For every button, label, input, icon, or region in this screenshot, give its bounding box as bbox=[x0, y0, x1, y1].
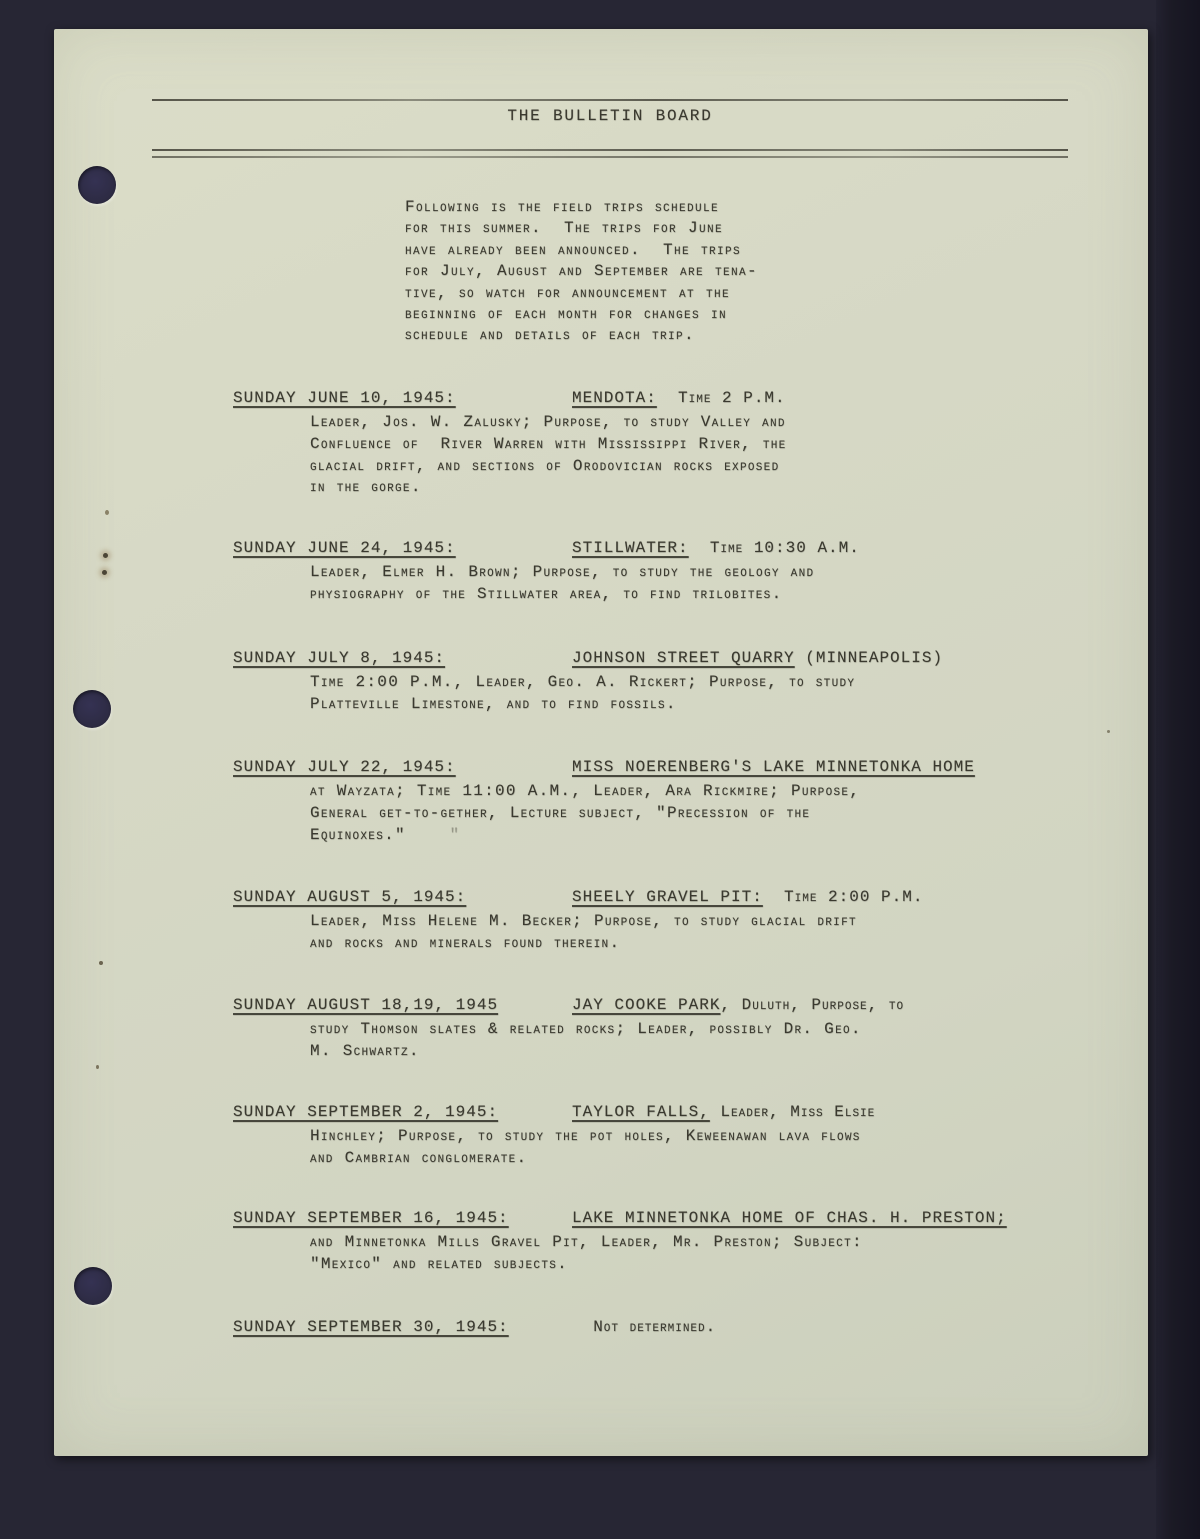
header-rule-top bbox=[152, 99, 1068, 101]
entry-body: Hinchley; Purpose, to study the pot hole… bbox=[310, 1126, 1118, 1170]
entry-location-after: , Duluth, Purpose, to bbox=[720, 996, 904, 1014]
entry-body-line: at Wayzata; Time 11:00 A.M., Leader, Ara… bbox=[310, 781, 1118, 803]
entry-location-after: (MINNEAPOLIS) bbox=[795, 649, 943, 667]
entry-date: SUNDAY SEPTEMBER 16, 1945: bbox=[233, 1209, 509, 1227]
entry-body-line: "Mexico" and related subjects. bbox=[310, 1254, 1118, 1276]
entry-body-line: Hinchley; Purpose, to study the pot hole… bbox=[310, 1126, 1118, 1148]
entry-location: JOHNSON STREET QUARRY bbox=[572, 649, 795, 667]
entry-body-line: and rocks and minerals found therein. bbox=[310, 933, 1118, 955]
entry-body: Leader, Miss Helene M. Becker; Purpose, … bbox=[310, 911, 1118, 955]
entry-location-after: Time 2 P.M. bbox=[657, 389, 786, 407]
entry-heading: SUNDAY AUGUST 5, 1945:SHEELY GRAVEL PIT:… bbox=[233, 886, 1118, 908]
entry-body-line: and Minnetonka Mills Gravel Pit, Leader,… bbox=[310, 1232, 1118, 1254]
entry-heading: SUNDAY SEPTEMBER 30, 1945: Not determine… bbox=[233, 1316, 1118, 1338]
entry-location-block: SHEELY GRAVEL PIT: Time 2:00 P.M. bbox=[572, 886, 923, 908]
entry-body-line: General get-to-gether, Lecture subject, … bbox=[310, 803, 1118, 825]
paper-speck bbox=[105, 510, 109, 515]
entry-heading: SUNDAY JUNE 24, 1945:STILLWATER: Time 10… bbox=[233, 537, 1118, 559]
entry-body-line: glacial drift, and sections of Orodovici… bbox=[310, 456, 1118, 478]
entry-body-line: in the gorge. bbox=[310, 477, 1118, 499]
page-title: THE BULLETIN BOARD bbox=[152, 107, 1068, 125]
entry-date: SUNDAY JULY 22, 1945: bbox=[233, 758, 456, 776]
paper-speck bbox=[99, 961, 103, 965]
entry-date: SUNDAY JUNE 10, 1945: bbox=[233, 389, 456, 407]
entry: SUNDAY AUGUST 5, 1945:SHEELY GRAVEL PIT:… bbox=[233, 886, 1118, 955]
entry-body-line: Equinoxes." " bbox=[310, 825, 1118, 847]
entry-location-block: MENDOTA: Time 2 P.M. bbox=[572, 387, 786, 409]
entry-heading: SUNDAY JULY 22, 1945:MISS NOERENBERG'S L… bbox=[233, 756, 1118, 778]
paper: THE BULLETIN BOARD Following is the fiel… bbox=[54, 29, 1148, 1456]
entry-location: TAYLOR FALLS, bbox=[572, 1103, 710, 1121]
entry: SUNDAY AUGUST 18,19, 1945JAY COOKE PARK,… bbox=[233, 994, 1118, 1063]
entry-date: SUNDAY SEPTEMBER 2, 1945: bbox=[233, 1103, 498, 1121]
entry-body-line: study Thomson slates & related rocks; Le… bbox=[310, 1019, 1118, 1041]
entry-body-line: physiography of the Stillwater area, to … bbox=[310, 584, 1118, 606]
entry-heading: SUNDAY SEPTEMBER 16, 1945:LAKE MINNETONK… bbox=[233, 1207, 1118, 1229]
entry-body-line: Leader, Jos. W. Zalusky; Purpose, to stu… bbox=[310, 412, 1118, 434]
punch-hole-top bbox=[78, 166, 116, 204]
paper-speck bbox=[102, 570, 107, 575]
scan-shadow-strip bbox=[1156, 0, 1200, 1539]
intro-line: for this summer. The trips for June bbox=[405, 218, 758, 239]
intro-paragraph: Following is the field trips schedulefor… bbox=[405, 197, 758, 347]
entry-location-block: STILLWATER: Time 10:30 A.M. bbox=[572, 537, 860, 559]
entry: SUNDAY SEPTEMBER 2, 1945:TAYLOR FALLS, L… bbox=[233, 1101, 1118, 1170]
entry-heading: SUNDAY JULY 8, 1945:JOHNSON STREET QUARR… bbox=[233, 647, 1118, 669]
intro-line: tive, so watch for announcement at the bbox=[405, 283, 758, 304]
entry: SUNDAY JUNE 10, 1945:MENDOTA: Time 2 P.M… bbox=[233, 387, 1118, 499]
entry: SUNDAY SEPTEMBER 30, 1945: Not determine… bbox=[233, 1316, 1118, 1338]
entry-date: SUNDAY JULY 8, 1945: bbox=[233, 649, 445, 667]
entry-location-block: TAYLOR FALLS, Leader, Miss Elsie bbox=[572, 1101, 875, 1123]
punch-hole-bottom bbox=[74, 1267, 112, 1305]
entry-location-block: JAY COOKE PARK, Duluth, Purpose, to bbox=[572, 994, 904, 1016]
typewriter-ghost-mark: " bbox=[406, 826, 461, 844]
entry: SUNDAY JULY 8, 1945:JOHNSON STREET QUARR… bbox=[233, 647, 1118, 716]
entry-location: JAY COOKE PARK bbox=[572, 996, 720, 1014]
entry-body: Leader, Jos. W. Zalusky; Purpose, to stu… bbox=[310, 412, 1118, 499]
intro-line: Following is the field trips schedule bbox=[405, 197, 758, 218]
entry-location-after: Time 10:30 A.M. bbox=[689, 539, 860, 557]
intro-line: for July, August and September are tena- bbox=[405, 261, 758, 282]
paper-speck bbox=[103, 553, 108, 558]
header-rule-double-upper bbox=[152, 149, 1068, 151]
entry-date: SUNDAY SEPTEMBER 30, 1945: bbox=[233, 1318, 509, 1336]
intro-line: have already been announced. The trips bbox=[405, 240, 758, 261]
entry-body: and Minnetonka Mills Gravel Pit, Leader,… bbox=[310, 1232, 1118, 1276]
entry-body-line: Platteville Limestone, and to find fossi… bbox=[310, 694, 1118, 716]
entry-heading: SUNDAY SEPTEMBER 2, 1945:TAYLOR FALLS, L… bbox=[233, 1101, 1118, 1123]
entry: SUNDAY SEPTEMBER 16, 1945:LAKE MINNETONK… bbox=[233, 1207, 1118, 1276]
entry-date: SUNDAY AUGUST 5, 1945: bbox=[233, 888, 466, 906]
entry: SUNDAY JULY 22, 1945:MISS NOERENBERG'S L… bbox=[233, 756, 1118, 846]
entry-location-block: LAKE MINNETONKA HOME OF CHAS. H. PRESTON… bbox=[572, 1207, 1007, 1229]
entry-location-after: Leader, Miss Elsie bbox=[710, 1103, 875, 1121]
entry-body: Time 2:00 P.M., Leader, Geo. A. Rickert;… bbox=[310, 672, 1118, 716]
entry-location-after: Not determined. bbox=[572, 1318, 716, 1336]
entry-date: SUNDAY AUGUST 18,19, 1945 bbox=[233, 996, 498, 1014]
entry-location: SHEELY GRAVEL PIT: bbox=[572, 888, 763, 906]
entry: SUNDAY JUNE 24, 1945:STILLWATER: Time 10… bbox=[233, 537, 1118, 606]
entry-location-block: MISS NOERENBERG'S LAKE MINNETONKA HOME bbox=[572, 756, 975, 778]
entry-location-block: JOHNSON STREET QUARRY (MINNEAPOLIS) bbox=[572, 647, 943, 669]
intro-line: schedule and details of each trip. bbox=[405, 325, 758, 346]
entry-location: MENDOTA: bbox=[572, 389, 657, 407]
scanned-page-background: { "header": { "title": "THE BULLETIN BOA… bbox=[0, 0, 1200, 1539]
entry-location-after: Time 2:00 P.M. bbox=[763, 888, 924, 906]
entry-heading: SUNDAY JUNE 10, 1945:MENDOTA: Time 2 P.M… bbox=[233, 387, 1118, 409]
entry-body: at Wayzata; Time 11:00 A.M., Leader, Ara… bbox=[310, 781, 1118, 846]
entry-body-line: Confluence of River Warren with Mississi… bbox=[310, 434, 1118, 456]
punch-hole-middle bbox=[73, 690, 111, 728]
entry-location: STILLWATER: bbox=[572, 539, 689, 557]
intro-line: beginning of each month for changes in bbox=[405, 304, 758, 325]
paper-speck bbox=[1107, 730, 1110, 733]
entry-body: Leader, Elmer H. Brown; Purpose, to stud… bbox=[310, 562, 1118, 606]
entry-body-line: and Cambrian conglomerate. bbox=[310, 1148, 1118, 1170]
entry-body: study Thomson slates & related rocks; Le… bbox=[310, 1019, 1118, 1063]
entry-body-line: Leader, Miss Helene M. Becker; Purpose, … bbox=[310, 911, 1118, 933]
entry-body-line: M. Schwartz. bbox=[310, 1041, 1118, 1063]
entry-location: MISS NOERENBERG'S LAKE MINNETONKA HOME bbox=[572, 758, 975, 776]
header-rule-double-lower bbox=[152, 156, 1068, 158]
entry-date: SUNDAY JUNE 24, 1945: bbox=[233, 539, 456, 557]
entry-location: LAKE MINNETONKA HOME OF CHAS. H. PRESTON… bbox=[572, 1209, 1007, 1227]
paper-speck bbox=[96, 1065, 99, 1069]
entry-body-line: Time 2:00 P.M., Leader, Geo. A. Rickert;… bbox=[310, 672, 1118, 694]
entry-location-block: Not determined. bbox=[572, 1316, 716, 1338]
entry-heading: SUNDAY AUGUST 18,19, 1945JAY COOKE PARK,… bbox=[233, 994, 1118, 1016]
entry-body-line: Leader, Elmer H. Brown; Purpose, to stud… bbox=[310, 562, 1118, 584]
